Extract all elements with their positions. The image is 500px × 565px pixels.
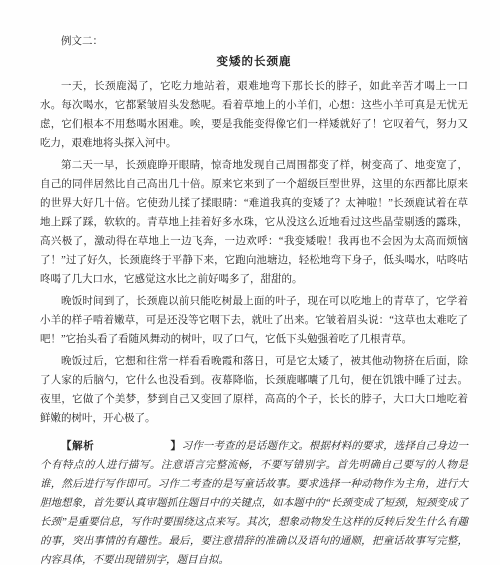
essay-title: 变矮的长颈鹿 <box>40 53 468 72</box>
essay-paragraph-3: 晚饭时间到了，长颈鹿以前只能吃树最上面的叶子，现在可以吃地上的青草了，它学着小羊… <box>40 292 468 349</box>
analysis-text: 习作一考查的是话题作文。根据材料的要求，选择自己身边一个有特点的人进行描写。注意… <box>40 441 468 565</box>
document-page: 例文二： 变矮的长颈鹿 一天，长颈鹿渴了，它吃力地站着，艰难地弯下那长长的脖子，… <box>0 0 500 565</box>
analysis-bracket-close: 】 <box>170 441 181 452</box>
analysis-bracket-open: 【解析 <box>61 441 94 452</box>
essay-paragraph-4: 晚饭过后，它想和往常一样看看晚霞和落日，可是它太矮了，被其他动物挤在后面，除了人… <box>40 352 468 428</box>
analysis-paragraph: 【解析】习作一考查的是话题作文。根据材料的要求，选择自己身边一个有特点的人进行描… <box>40 437 468 565</box>
essay-paragraph-2: 第二天一早，长颈鹿睁开眼睛，惊奇地发现自己周围都变了样，树变高了、地变宽了，自己… <box>40 156 468 289</box>
analysis-bracket-gap <box>94 448 170 449</box>
essay-paragraph-1: 一天，长颈鹿渴了，它吃力地站着，艰难地弯下那长长的脖子，如此辛苦才喝上一口水。每… <box>40 77 468 153</box>
example-label: 例文二： <box>40 32 468 51</box>
